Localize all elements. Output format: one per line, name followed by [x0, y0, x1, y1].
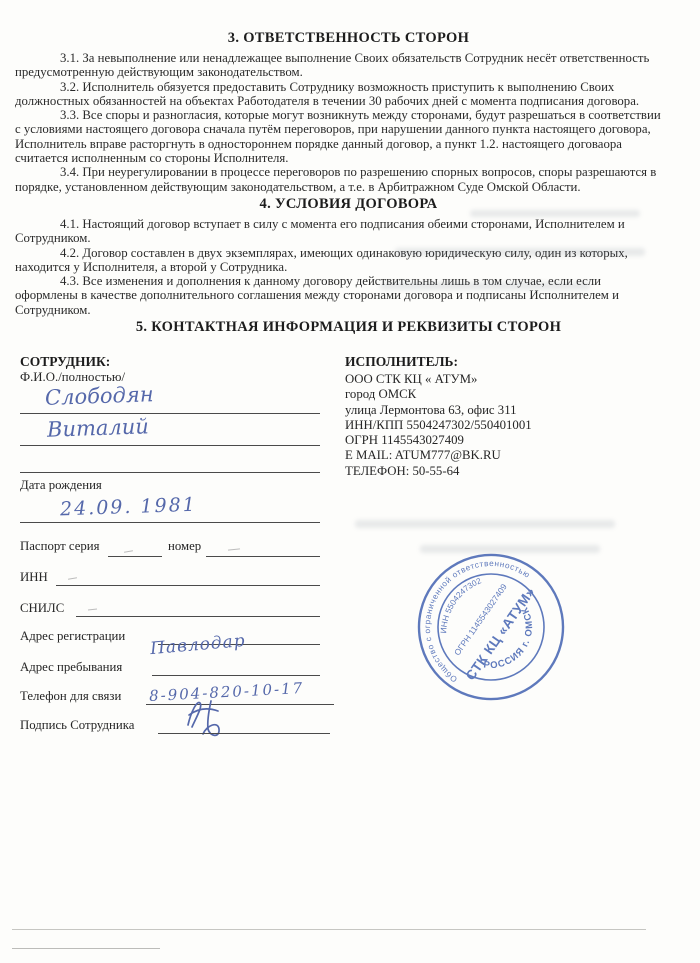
pencil-mark	[228, 548, 240, 550]
paragraph-3-1: 3.1. За невыполнение или ненадлежащее вы…	[15, 51, 682, 80]
signature-label: Подпись Сотрудника	[20, 718, 134, 733]
snils-label: СНИЛС	[20, 601, 64, 616]
signature-line	[158, 733, 330, 734]
inn-line	[56, 585, 320, 586]
handwritten-last-name: Слободян	[45, 382, 154, 410]
handwritten-first-name: Виталий	[47, 414, 150, 442]
paragraph-3-3: 3.3. Все споры и разногласия, которые мо…	[15, 108, 682, 165]
pencil-mark	[124, 550, 133, 553]
fio-line-3	[20, 472, 320, 473]
passport-series-line	[108, 556, 162, 557]
pencil-mark	[68, 577, 77, 579]
handwritten-birth-date: 24.09. 1981	[60, 494, 198, 521]
paragraph-4-1: 4.1. Настоящий договор вступает в силу с…	[15, 217, 682, 246]
inn-label: ИНН	[20, 570, 48, 585]
scan-artifact-line	[12, 929, 646, 930]
paragraph-4-3: 4.3. Все изменения и дополнения к данном…	[15, 274, 682, 317]
birth-date-label: Дата рождения	[20, 478, 102, 493]
scanned-contract-page: 3. ОТВЕТСТВЕННОСТЬ СТОРОН 3.1. За невыпо…	[0, 0, 700, 963]
handwritten-address: Павлодар	[149, 631, 246, 659]
contractor-ogrn: ОГРН 1145543027409	[345, 433, 690, 448]
residence-address-label: Адрес пребывания	[20, 660, 122, 675]
contractor-inn-kpp: ИНН/КПП 5504247302/550401001	[345, 418, 690, 433]
residence-address-line	[152, 675, 320, 676]
section5-title: 5. КОНТАКТНАЯ ИНФОРМАЦИЯ И РЕКВИЗИТЫ СТО…	[15, 319, 682, 336]
contractor-details: ООО СТК КЦ « АТУМ» город ОМСК улица Лерм…	[345, 372, 690, 479]
bleedthrough-mark	[395, 248, 645, 256]
phone-label: Телефон для связи	[20, 689, 121, 704]
passport-series-label: Паспорт серия	[20, 539, 100, 554]
bleedthrough-mark	[470, 210, 640, 217]
scan-artifact-line	[12, 948, 160, 949]
passport-number-label: номер	[168, 539, 201, 554]
paragraph-3-2: 3.2. Исполнитель обязуется предоставить …	[15, 80, 682, 109]
snils-line	[76, 616, 320, 617]
contractor-address: улица Лермонтова 63, офис 311	[345, 403, 690, 418]
contacts-section: СОТРУДНИК: Ф.И.О./полностью/ Слободян Ви…	[0, 352, 700, 963]
paragraph-3-4: 3.4. При неурегулировании в процессе пер…	[15, 165, 682, 194]
contractor-email: E MAIL: ATUM777@BK.RU	[345, 448, 690, 463]
fio-line-2	[20, 445, 320, 446]
contractor-phone: ТЕЛЕФОН: 50-55-64	[345, 464, 690, 479]
contract-body: 3. ОТВЕТСТВЕННОСТЬ СТОРОН 3.1. За невыпо…	[0, 0, 700, 336]
birth-date-line	[20, 522, 320, 523]
contractor-company: ООО СТК КЦ « АТУМ»	[345, 372, 690, 387]
passport-number-line	[206, 556, 320, 557]
registration-address-label: Адрес регистрации	[20, 629, 125, 644]
employee-signature-handwriting	[178, 692, 242, 738]
section3-title: 3. ОТВЕТСТВЕННОСТЬ СТОРОН	[15, 30, 682, 47]
contractor-city: город ОМСК	[345, 387, 690, 402]
fio-line-1	[20, 413, 320, 414]
stamp-outer-ring	[391, 527, 592, 728]
company-stamp-seal: Общество с ограниченной ответственностью…	[384, 520, 598, 734]
bleedthrough-mark	[380, 282, 590, 290]
pencil-mark	[88, 609, 97, 611]
employee-header: СОТРУДНИК:	[20, 354, 110, 370]
contractor-header: ИСПОЛНИТЕЛЬ:	[345, 354, 458, 370]
